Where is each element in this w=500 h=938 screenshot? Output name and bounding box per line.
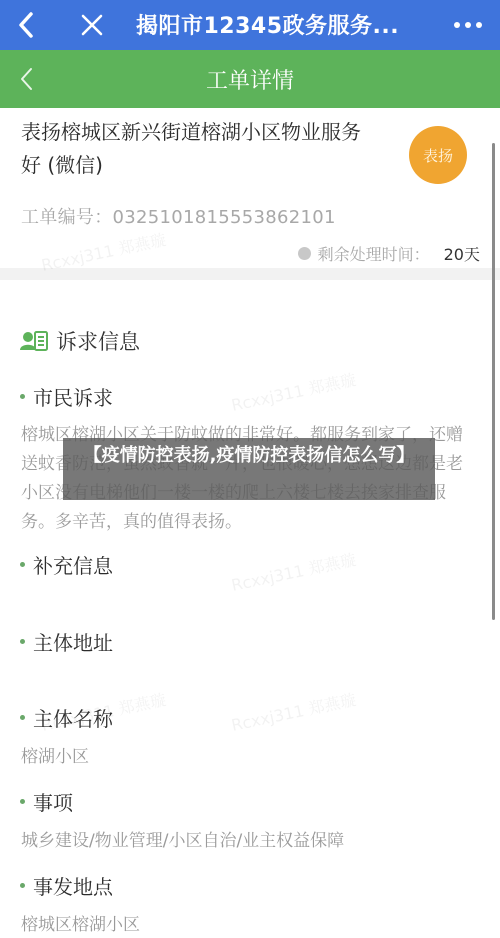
bullet-icon bbox=[20, 883, 25, 888]
ticket-summary-card: 表扬榕城区新兴街道榕湖小区物业服务好 (微信) 表扬 工单编号：03251018… bbox=[0, 108, 500, 268]
more-dots-icon bbox=[454, 22, 460, 28]
more-dots-icon bbox=[476, 22, 482, 28]
remaining-time-label: 剩余处理时间： bbox=[318, 242, 430, 265]
field-label-subject-address: 主体地址 bbox=[20, 627, 113, 656]
more-button[interactable] bbox=[454, 10, 482, 40]
page-title: 工单详情 bbox=[0, 64, 500, 95]
close-button[interactable] bbox=[74, 6, 110, 44]
bullet-icon bbox=[20, 562, 25, 567]
close-icon bbox=[80, 13, 104, 37]
chevron-left-icon bbox=[16, 11, 36, 39]
page-header: 工单详情 bbox=[0, 50, 500, 108]
field-label-citizen-request: 市民诉求 bbox=[20, 382, 113, 411]
ticket-type-badge: 表扬 bbox=[409, 126, 467, 184]
bullet-icon bbox=[20, 639, 25, 644]
field-value-incident-location: 榕城区榕湖小区 bbox=[21, 911, 476, 938]
remaining-time: 剩余处理时间： 20天 bbox=[298, 242, 480, 265]
bullet-icon bbox=[20, 799, 25, 804]
section-header: 诉求信息 bbox=[20, 326, 140, 356]
app-title-bar: 揭阳市12345政务服务... bbox=[0, 0, 500, 50]
field-value-matter: 城乡建设/物业管理/小区自治/业主权益保障 bbox=[21, 827, 476, 856]
clock-icon bbox=[298, 247, 311, 260]
section-divider bbox=[0, 268, 500, 280]
ticket-order-number: 工单编号：032510181555386​2101 bbox=[21, 203, 336, 229]
order-number-label: 工单编号： bbox=[21, 207, 113, 228]
app-title: 揭阳市12345政务服务... bbox=[136, 9, 399, 40]
article-title-overlay: 【疫情防控表扬,疫情防控表扬信怎么写】 bbox=[63, 438, 435, 500]
section-title: 诉求信息 bbox=[56, 326, 140, 356]
contact-card-icon bbox=[20, 331, 48, 351]
remaining-time-value: 20天 bbox=[444, 242, 480, 265]
field-value-subject-name: 榕湖小区 bbox=[21, 743, 476, 772]
more-dots-icon bbox=[465, 22, 471, 28]
field-label-supplementary-info: 补充信息 bbox=[20, 550, 113, 579]
bullet-icon bbox=[20, 394, 25, 399]
ticket-subject: 表扬榕城区新兴街道榕湖小区物业服务好 (微信) bbox=[21, 116, 376, 182]
bullet-icon bbox=[20, 715, 25, 720]
watermark: Rcxxj311 郑燕璇 bbox=[229, 687, 358, 736]
field-label-matter: 事项 bbox=[20, 787, 73, 816]
watermark: Rcxxj311 郑燕璇 bbox=[229, 367, 358, 416]
field-label-incident-location: 事发地点 bbox=[20, 871, 113, 900]
watermark: Rcxxj311 郑燕璇 bbox=[229, 547, 358, 596]
scrollbar[interactable] bbox=[492, 143, 495, 620]
back-button[interactable] bbox=[8, 6, 44, 44]
order-number-value: 032510181555386​2101 bbox=[113, 207, 336, 228]
